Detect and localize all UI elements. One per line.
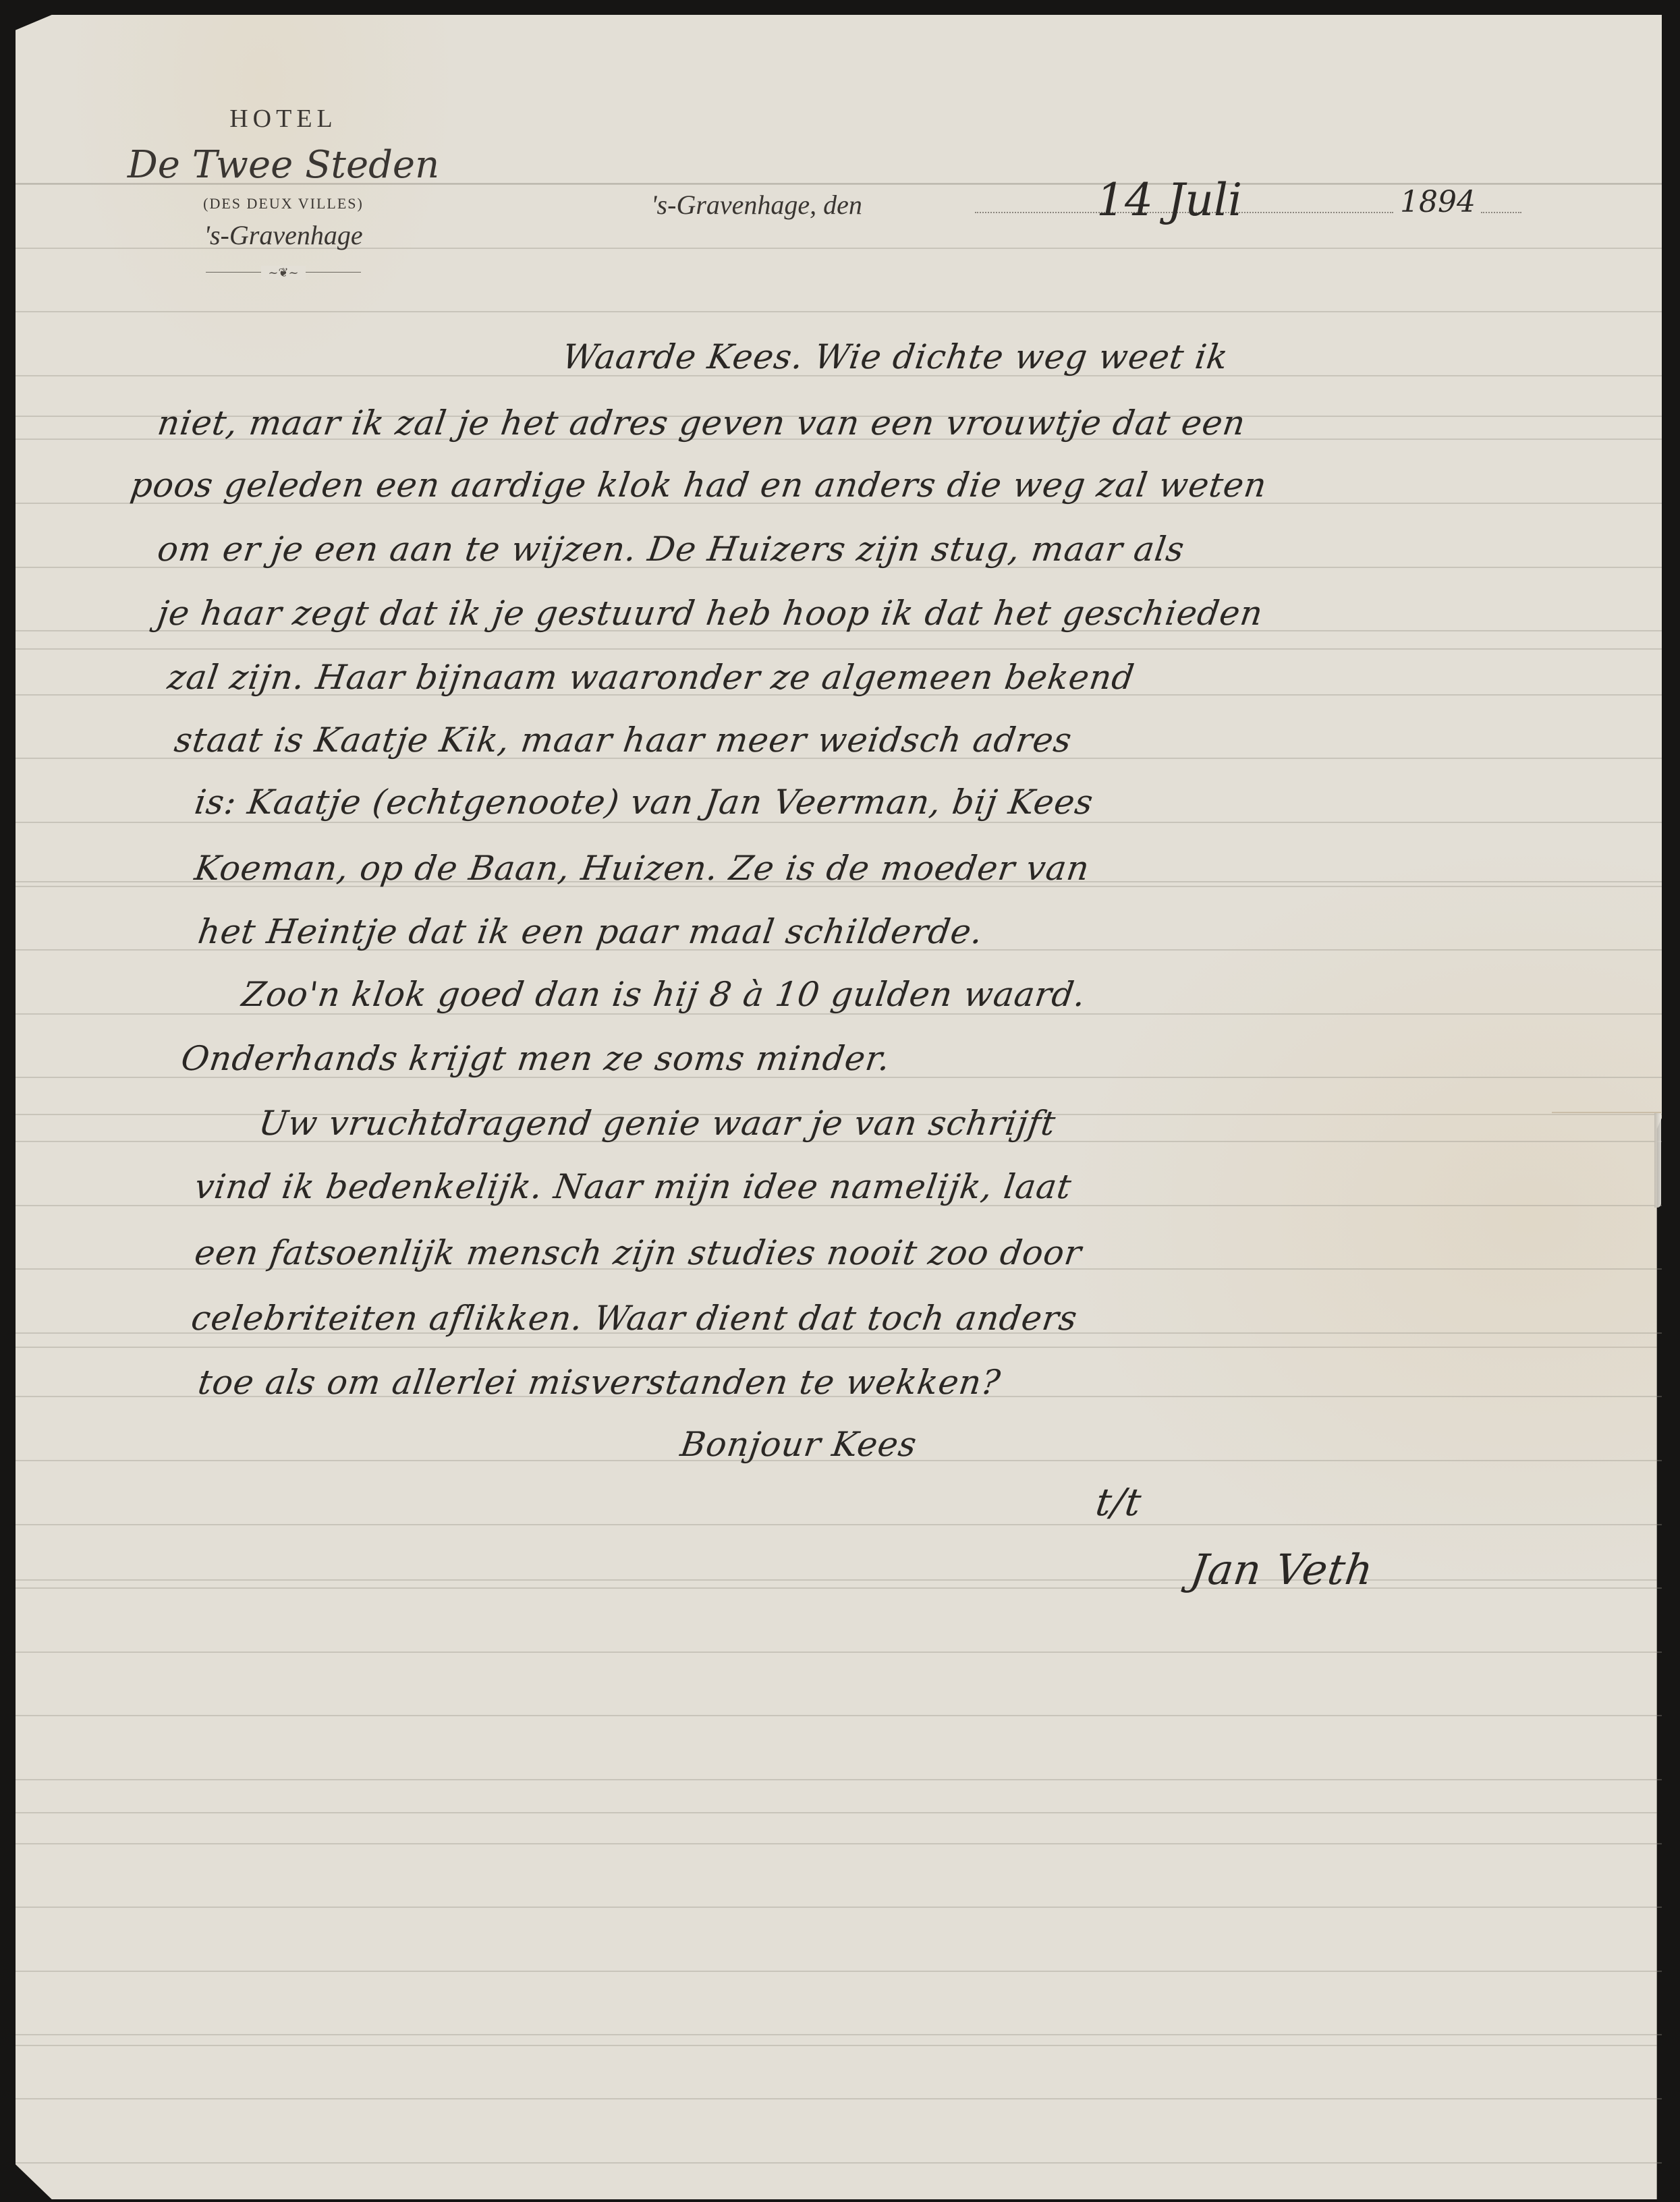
ruled-line bbox=[16, 1524, 1662, 1525]
letter-line-17: toe als om allerlei misverstanden te wek… bbox=[196, 1363, 1003, 1402]
ruled-line bbox=[16, 2162, 1662, 2164]
dateline-place: 's-Gravenhage, den bbox=[651, 189, 862, 221]
letter-line-9: Koeman, op de Baan, Huizen. Ze is de moe… bbox=[192, 849, 1092, 888]
letter-signature: Jan Veth bbox=[1187, 1545, 1376, 1594]
ornament-glyph: ~❦~ bbox=[261, 266, 305, 280]
ruled-line bbox=[16, 822, 1662, 823]
ruled-line bbox=[16, 1651, 1662, 1653]
letter-line-4: om er je een aan te wijzen. De Huizers z… bbox=[155, 530, 1187, 569]
letter-line-14: vind ik bedenkelijk. Naar mijn idee name… bbox=[192, 1167, 1074, 1206]
letter-line-10: het Heintje dat ik een paar maal schilde… bbox=[196, 912, 986, 951]
letter-line-7: staat is Kaatje Kik, maar haar meer weid… bbox=[172, 721, 1074, 760]
letter-line-5: je haar zegt dat ik je gestuurd heb hoop… bbox=[155, 594, 1266, 633]
dateline-day-month: 14 Juli bbox=[1096, 174, 1242, 226]
ruled-line bbox=[16, 1715, 1662, 1716]
letter-line-16: celebriteiten aflikken. Waar dient dat t… bbox=[189, 1299, 1080, 1338]
letter-line-3: poos geleden een aardige klok had en and… bbox=[128, 465, 1269, 505]
ruled-line bbox=[16, 1971, 1662, 1972]
letterhead-hotel-name: De Twee Steden bbox=[121, 143, 445, 187]
letterhead-city: 's-Gravenhage bbox=[121, 219, 445, 251]
letter-line-1: Waarde Kees. Wie dichte weg weet ik bbox=[560, 337, 1231, 376]
fold-crease bbox=[1552, 1112, 1661, 1113]
letter-line-15: een fatsoenlijk mensch zijn studies nooi… bbox=[192, 1233, 1084, 1272]
letterhead-subtitle: (DES DEUX VILLES) bbox=[121, 195, 445, 213]
ruled-line bbox=[16, 2098, 1662, 2099]
ornament-icon: ~❦~ bbox=[206, 266, 361, 279]
ruled-line bbox=[16, 1779, 1662, 1780]
letter-closing: Bonjour Kees bbox=[678, 1425, 920, 1464]
folded-edge bbox=[1654, 1113, 1661, 1208]
letter-line-2: niet, maar ik zal je het adres geven van… bbox=[155, 403, 1248, 443]
dateline: 's-Gravenhage, den 14 Juli 1894 bbox=[651, 181, 1461, 235]
letter-line-6: zal zijn. Haar bijnaam waaronder ze alge… bbox=[165, 658, 1137, 697]
letter-line-8: is: Kaatje (echtgenoote) van Jan Veerman… bbox=[192, 783, 1096, 822]
letter-line-11: Zoo'n klok goed dan is hij 8 à 10 gulden… bbox=[240, 975, 1088, 1014]
letter-line-13: Uw vruchtdragend genie waar je van schri… bbox=[256, 1104, 1059, 1143]
ruled-line bbox=[16, 1907, 1662, 1908]
dateline-year-dotted-line bbox=[1481, 212, 1521, 213]
letterhead-hotel: HOTEL bbox=[121, 104, 445, 134]
ruled-line bbox=[16, 2034, 1662, 2035]
ruled-line bbox=[16, 311, 1662, 312]
letter-closing-word: t/t bbox=[1093, 1481, 1144, 1525]
ruled-line bbox=[16, 1843, 1662, 1844]
dateline-year: 1894 bbox=[1400, 185, 1476, 219]
letterhead: HOTEL De Twee Steden (DES DEUX VILLES) '… bbox=[121, 101, 445, 279]
letter-line-12: Onderhands krijgt men ze soms minder. bbox=[179, 1039, 893, 1078]
ruled-line bbox=[16, 1587, 1662, 1589]
